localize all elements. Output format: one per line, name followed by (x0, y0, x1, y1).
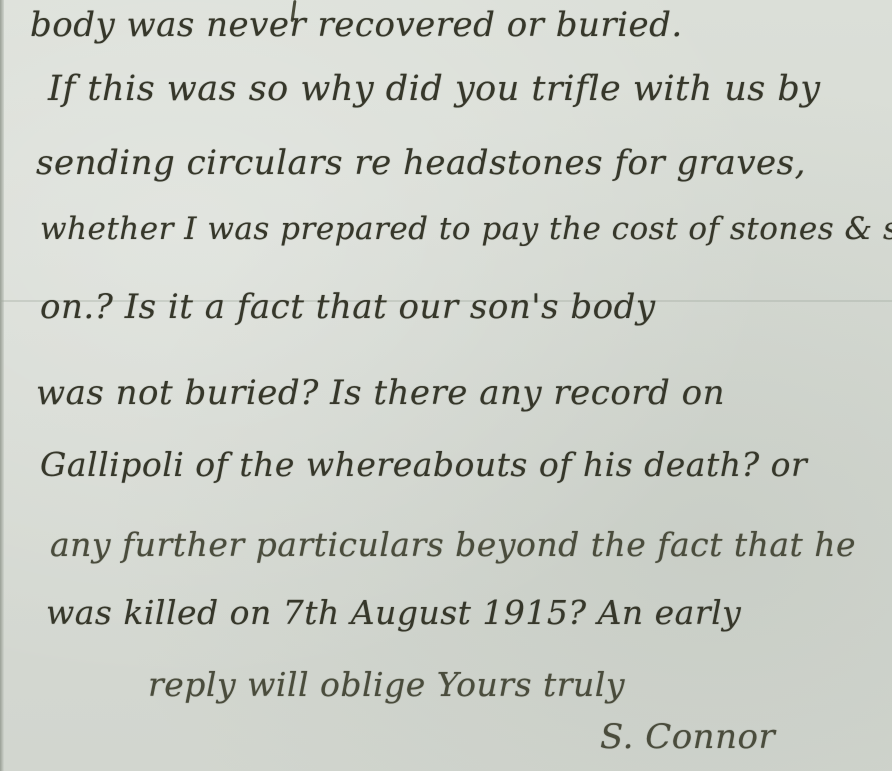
page-edge (0, 0, 4, 771)
letter-line-5: on.? Is it a fact that our son's body (40, 290, 656, 324)
letter-line-6: was not buried? Is there any record on (36, 376, 725, 410)
signature: S. Connor (600, 720, 775, 754)
letter-line-3: sending circulars re headstones for grav… (36, 146, 806, 180)
letter-line-8: any further particulars beyond the fact … (50, 528, 856, 561)
letter-closing-line: reply will oblige Yours truly (148, 668, 625, 701)
letter-line-1: body was never recovered or buried. (30, 8, 683, 42)
letter-line-4: whether I was prepared to pay the cost o… (40, 214, 892, 245)
letter-line-7: Gallipoli of the whereabouts of his deat… (40, 448, 807, 481)
letter-line-2: If this was so why did you trifle with u… (48, 72, 821, 107)
letter-page: body was never recovered or buried. If t… (0, 0, 892, 771)
letter-line-9: was killed on 7th August 1915? An early (46, 596, 741, 629)
